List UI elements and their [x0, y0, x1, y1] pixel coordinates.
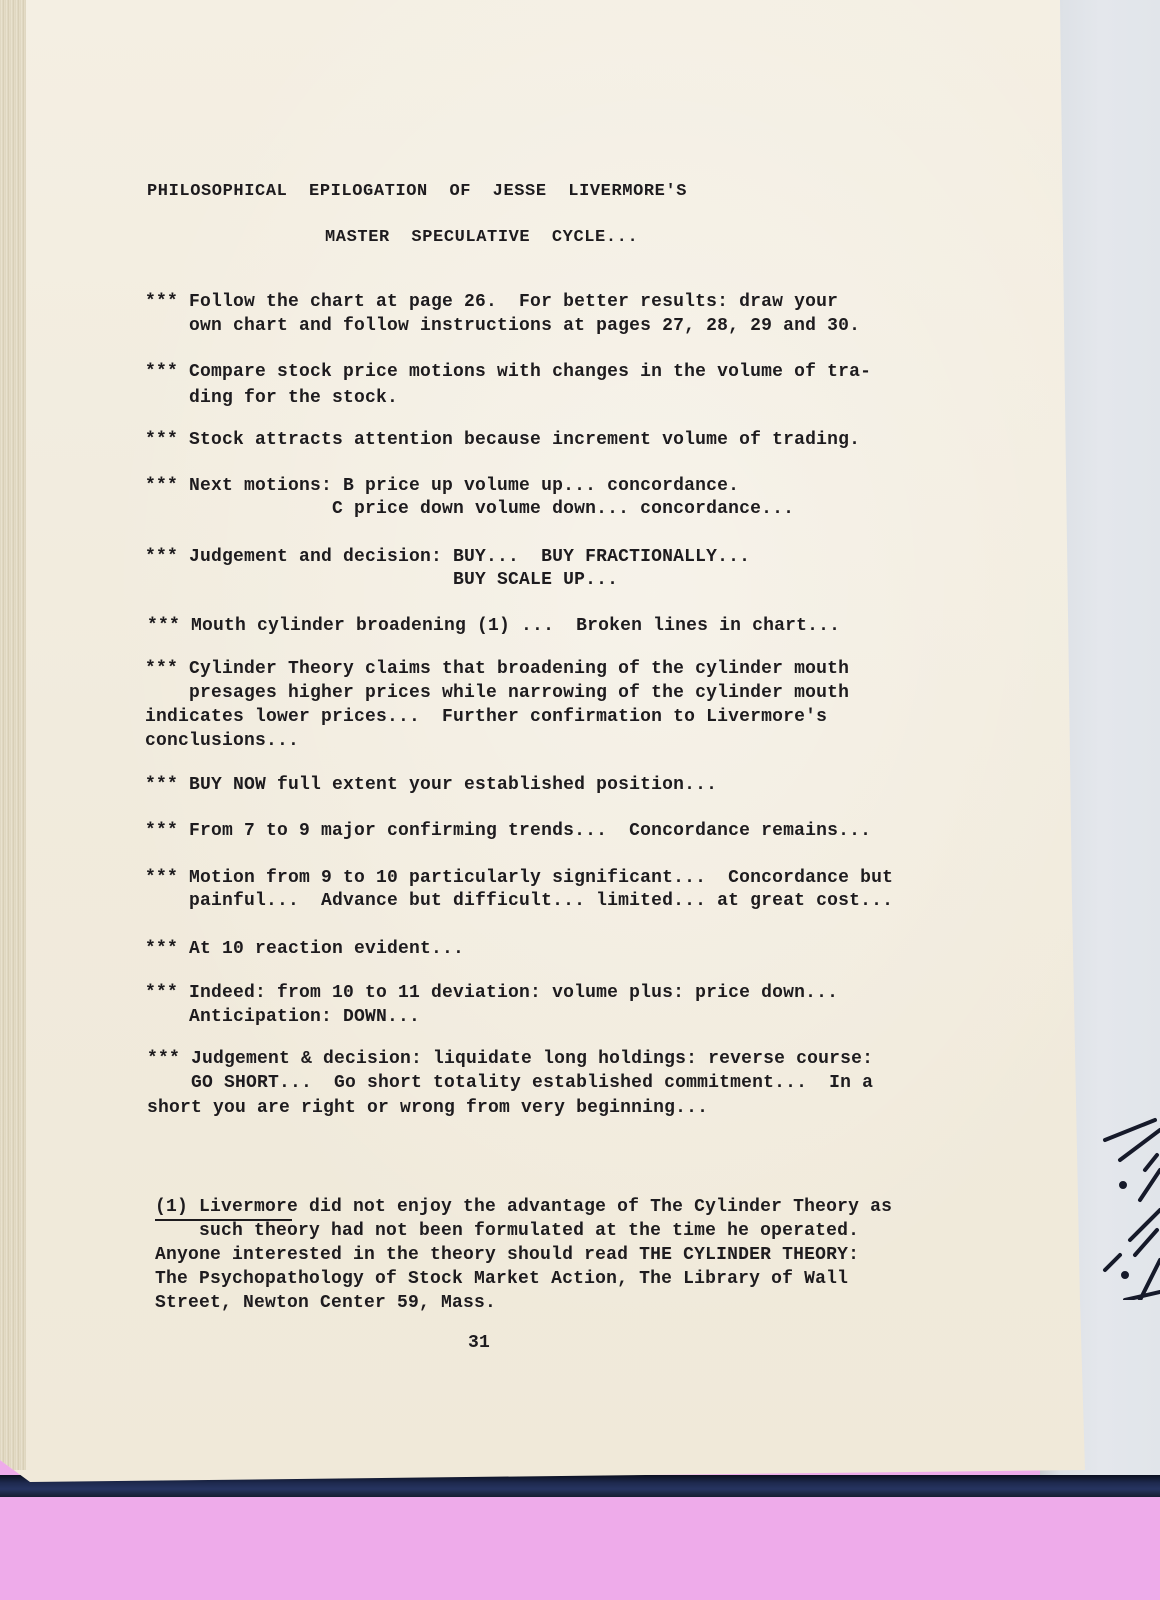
item-line: *** Next motions: B price up volume up..…: [145, 474, 739, 498]
item-line: *** Mouth cylinder broadening (1) ... Br…: [147, 614, 840, 638]
item-line: *** Follow the chart at page 26. For bet…: [145, 290, 838, 314]
item-line: *** Motion from 9 to 10 particularly sig…: [145, 866, 893, 890]
scanned-book-page: PHILOSOPHICAL EPILOGATION OF JESSE LIVER…: [0, 0, 1160, 1600]
handwritten-sketch-icon: [1085, 1060, 1160, 1300]
item-line: short you are right or wrong from very b…: [147, 1096, 708, 1120]
item-line: *** Judgement and decision: BUY... BUY F…: [145, 545, 750, 569]
item-line: *** Indeed: from 10 to 11 deviation: vol…: [145, 981, 838, 1005]
footnote-line: The Psychopathology of Stock Market Acti…: [155, 1267, 848, 1291]
item-line: C price down volume down... concordance.…: [145, 497, 794, 521]
item-line: BUY SCALE UP...: [145, 568, 618, 592]
title-line-1: PHILOSOPHICAL EPILOGATION OF JESSE LIVER…: [147, 180, 687, 204]
page-number: 31: [468, 1331, 490, 1355]
item-line: *** Judgement & decision: liquidate long…: [147, 1047, 873, 1071]
item-line: GO SHORT... Go short totality establishe…: [147, 1071, 873, 1095]
item-line: own chart and follow instructions at pag…: [145, 314, 860, 338]
item-line: presages higher prices while narrowing o…: [145, 681, 849, 705]
item-line: *** At 10 reaction evident...: [145, 937, 464, 961]
footnote-line: Street, Newton Center 59, Mass.: [155, 1291, 496, 1315]
item-line: *** BUY NOW full extent your established…: [145, 773, 717, 797]
footnote-line: such theory had not been formulated at t…: [155, 1219, 859, 1243]
title-line-2: MASTER SPECULATIVE CYCLE...: [325, 226, 638, 250]
item-line: Anticipation: DOWN...: [145, 1005, 420, 1029]
footnote-line: Anyone interested in the theory should r…: [155, 1243, 859, 1267]
item-line: *** Stock attracts attention because inc…: [145, 428, 860, 452]
scan-backdrop: [0, 1497, 1160, 1600]
item-line: *** From 7 to 9 major confirming trends.…: [145, 819, 871, 843]
item-line: *** Cylinder Theory claims that broadeni…: [145, 657, 849, 681]
item-line: ding for the stock.: [145, 386, 398, 410]
item-line: *** Compare stock price motions with cha…: [145, 360, 871, 384]
item-line: conclusions...: [145, 729, 299, 753]
item-line: painful... Advance but difficult... limi…: [145, 889, 893, 913]
page-content: PHILOSOPHICAL EPILOGATION OF JESSE LIVER…: [0, 0, 1090, 1480]
item-line: indicates lower prices... Further confir…: [145, 705, 827, 729]
footnote-line: (1) Livermore did not enjoy the advantag…: [155, 1195, 892, 1219]
